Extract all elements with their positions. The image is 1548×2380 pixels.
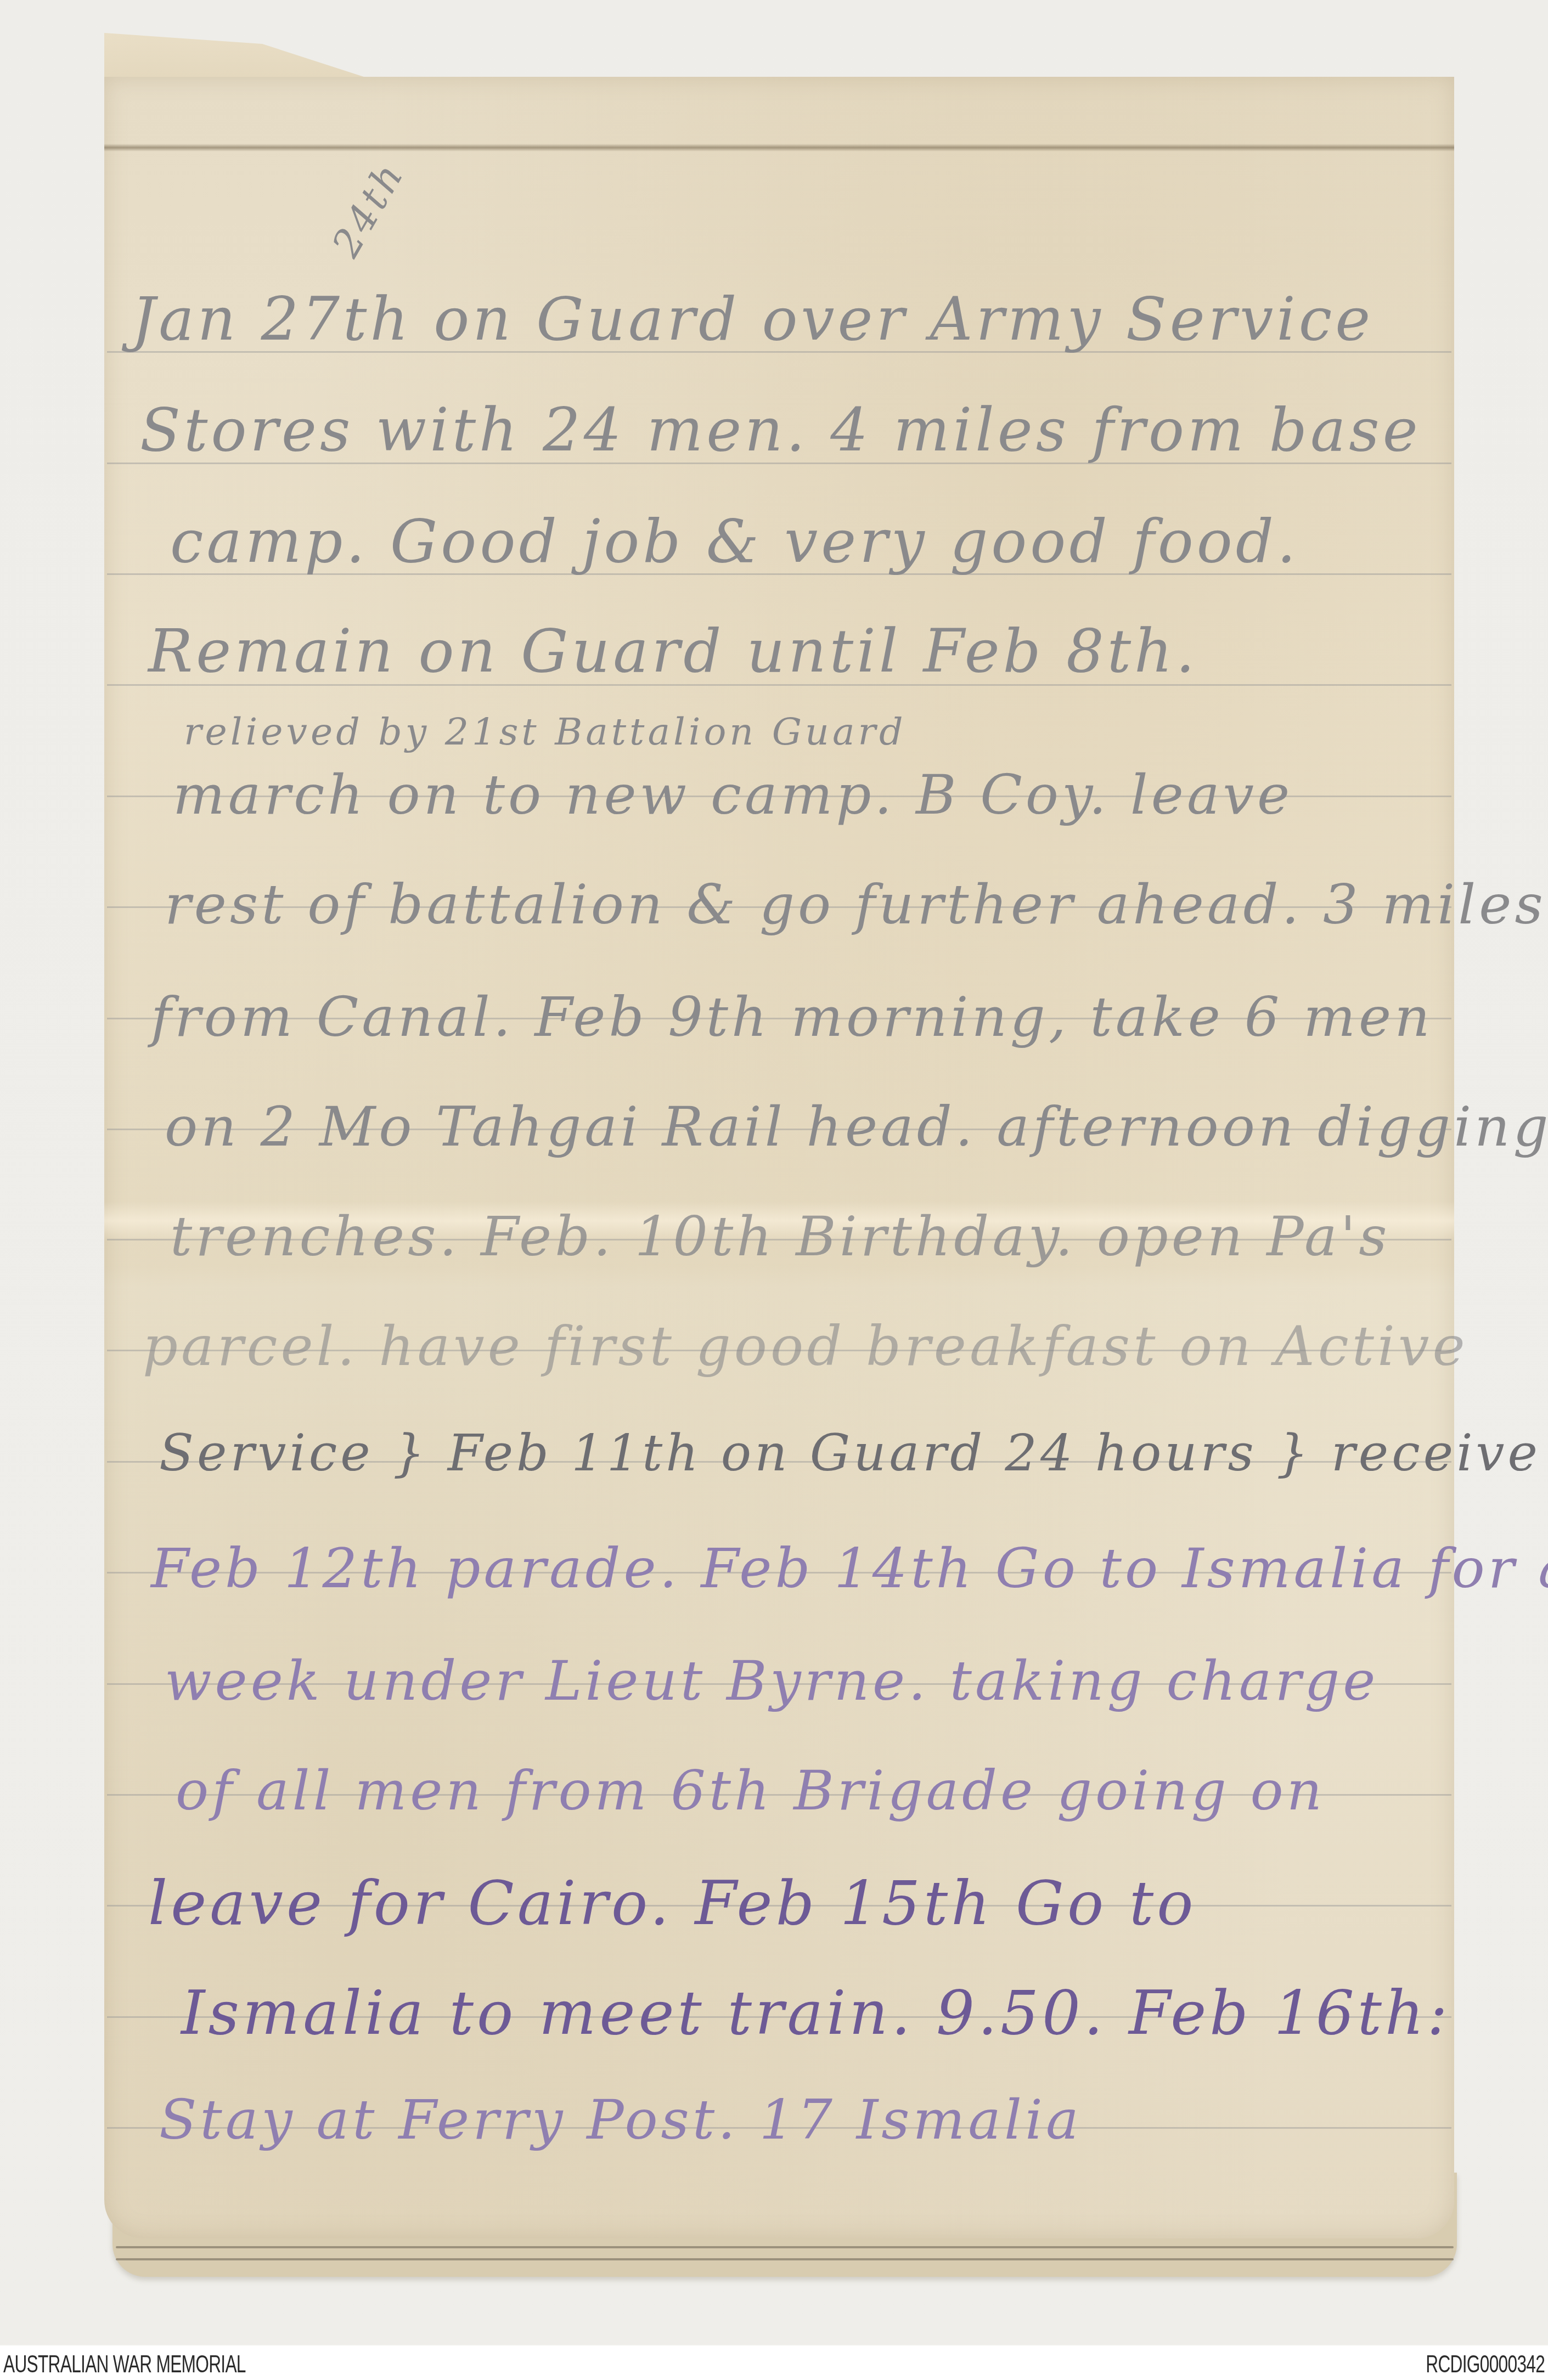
item-identifier: RCDIG0000342 xyxy=(1426,2351,1545,2378)
institution-credit: AUSTRALIAN WAR MEMORIAL xyxy=(3,2351,246,2378)
diary-line: Ismalia to meet train. 9.50. Feb 16th: xyxy=(181,1978,1451,2048)
archive-footer: AUSTRALIAN WAR MEMORIAL RCDIG0000342 xyxy=(0,2345,1548,2380)
diary-line: of all men from 6th Brigade going on xyxy=(176,1758,1325,1823)
diary-line: on 2 Mo Tahgai Rail head. afternoon digg… xyxy=(165,1095,1548,1159)
diary-line: camp. Good job & very good food. xyxy=(170,507,1299,576)
binding-crease xyxy=(104,144,1454,151)
diary-line: trenches. Feb. 10th Birthday. open Pa's xyxy=(170,1204,1390,1268)
diary-line-insert: relieved by 21st Battalion Guard xyxy=(184,710,906,754)
diary-line: march on to new camp. B Coy. leave xyxy=(173,763,1293,827)
diary-line: Stay at Ferry Post. 17 Ismalia xyxy=(159,2088,1082,2152)
diary-line: Jan 27th on Guard over Army Service xyxy=(132,285,1374,354)
diary-line: week under Lieut Byrne. taking charge xyxy=(165,1649,1378,1713)
diary-line: from Canal. Feb 9th morning, take 6 men xyxy=(151,985,1433,1049)
diary-line: Service } Feb 11th on Guard 24 hours } r… xyxy=(159,1424,1548,1482)
diary-line: Remain on Guard until Feb 8th. xyxy=(148,617,1198,686)
diary-line: rest of battalion & go further ahead. 3 … xyxy=(165,872,1546,937)
diary-line: leave for Cairo. Feb 15th Go to xyxy=(148,1868,1197,1938)
diary-line: Feb 12th parade. Feb 14th Go to Ismalia … xyxy=(151,1536,1548,1600)
diary-line: Stores with 24 men. 4 miles from base xyxy=(140,396,1421,465)
diary-line: parcel. have first good breakfast on Act… xyxy=(143,1314,1468,1378)
